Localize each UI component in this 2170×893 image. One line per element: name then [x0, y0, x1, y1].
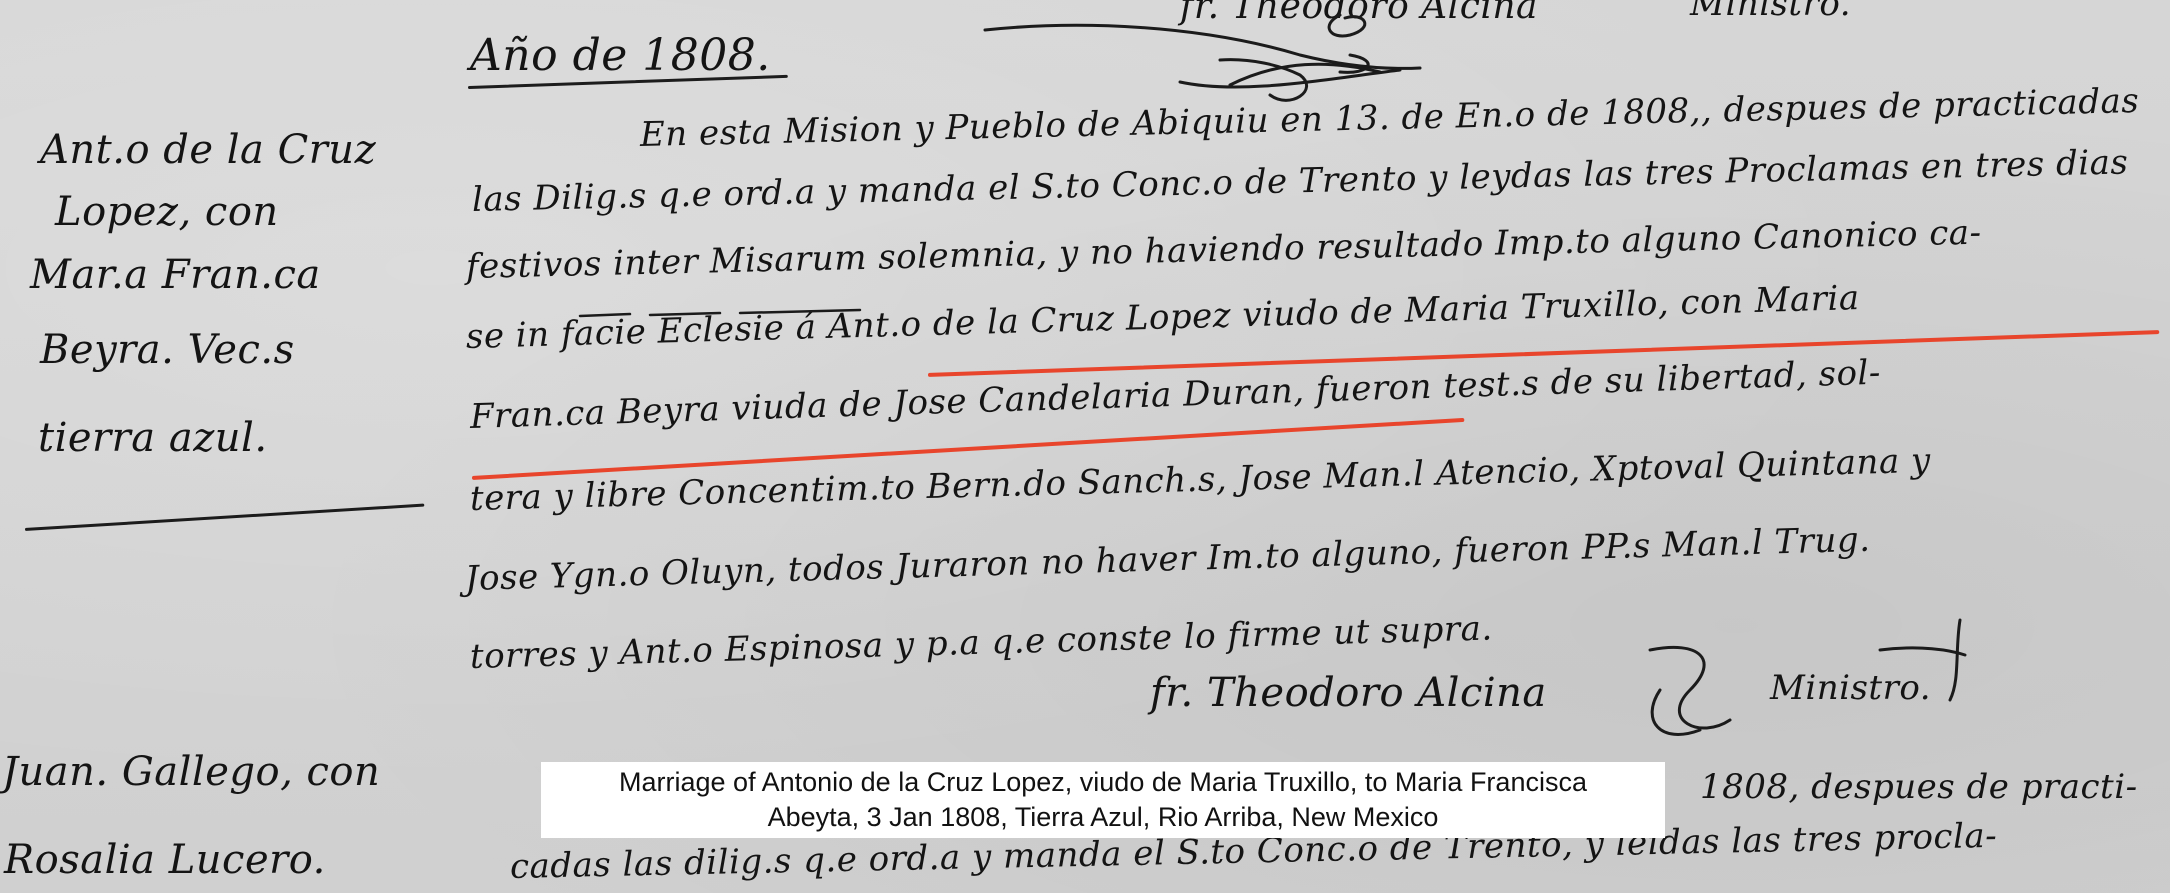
- image-caption: Marriage of Antonio de la Cruz Lopez, vi…: [541, 762, 1665, 838]
- caption-line-2: Abeyta, 3 Jan 1808, Tierra Azul, Rio Arr…: [541, 800, 1665, 835]
- next-entry-line: 1808, despues de practi-: [1700, 770, 2138, 804]
- margin-note-line: Mar.a Fran.ca: [30, 255, 321, 295]
- margin-note-line: Ant.o de la Cruz: [40, 130, 376, 170]
- margin-note-line: tierra azul.: [38, 418, 268, 458]
- margin-note-line: Juan. Gallego, con: [2, 752, 380, 792]
- caption-line-1: Marriage of Antonio de la Cruz Lopez, vi…: [541, 765, 1665, 800]
- margin-note-line: Lopez, con: [55, 192, 279, 232]
- margin-note-line: Beyra. Vec.s: [40, 330, 295, 370]
- year-heading: Año de 1808.: [470, 30, 771, 81]
- previous-entry-signature: fr. Theodoro Alcina: [1180, 0, 1538, 27]
- margin-note-line: Rosalia Lucero.: [4, 840, 326, 880]
- priest-title: Ministro.: [1770, 668, 1931, 708]
- priest-signature: fr. Theodoro Alcina: [1150, 670, 1547, 716]
- previous-entry-title: Ministro.: [1690, 0, 1851, 24]
